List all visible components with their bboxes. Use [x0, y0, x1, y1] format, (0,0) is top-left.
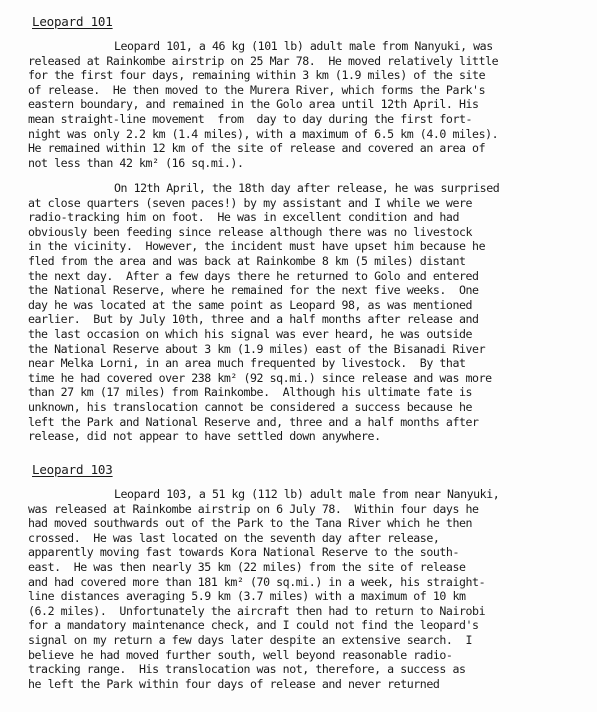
text-line: believe he had moved further south, well…	[28, 648, 588, 663]
text-line: the National Reserve about 3 km (1.9 mil…	[28, 342, 588, 357]
text-line: night was only 2.2 km (1.4 miles), with …	[28, 127, 588, 142]
text-line: the next day. After a few days there he …	[28, 269, 588, 284]
text-line: left the Park and National Reserve and, …	[28, 415, 588, 430]
text-line: and had covered more than 181 km² (70 sq…	[28, 575, 588, 590]
text-line: the National Reserve, where he remained …	[28, 283, 588, 298]
text-line: not less than 42 km² (16 sq.mi.).	[28, 156, 588, 171]
text-line: time he had covered over 238 km² (92 sq.…	[28, 371, 588, 386]
paragraph-leopard-103: Leopard 103, a 51 kg (112 lb) adult male…	[28, 487, 588, 691]
text-line: had moved southwards out of the Park to …	[28, 516, 588, 531]
text-line: Leopard 101, a 46 kg (101 lb) adult male…	[28, 39, 588, 54]
text-line: (6.2 miles). Unfortunately the aircraft …	[28, 604, 588, 619]
text-line: the last occasion on which his signal wa…	[28, 327, 588, 342]
text-line: he left the Park within four days of rel…	[28, 677, 588, 692]
text-line: than 27 km (17 miles) from Rainkombe. Al…	[28, 385, 588, 400]
text-line: for a mandatory maintenance check, and I…	[28, 618, 588, 633]
text-line: release, did not appear to have settled …	[28, 429, 588, 444]
text-line: eastern boundary, and remained in the Go…	[28, 97, 588, 112]
text-line: crossed. He was last located on the seve…	[28, 531, 588, 546]
document-page: Leopard 101 Leopard 101, a 46 kg (101 lb…	[0, 0, 597, 712]
text-line: On 12th April, the 18th day after releas…	[28, 181, 588, 196]
text-line: line distances averaging 5.9 km (3.7 mil…	[28, 589, 588, 604]
paragraph-leopard-101-release: Leopard 101, a 46 kg (101 lb) adult male…	[28, 39, 588, 170]
paragraph-leopard-101-movements: On 12th April, the 18th day after releas…	[28, 181, 588, 444]
text-line: signal on my return a few days later des…	[28, 633, 588, 648]
text-line: day he was located at the same point as …	[28, 298, 588, 313]
section-heading-leopard-103: Leopard 103	[32, 462, 113, 477]
text-line: Leopard 103, a 51 kg (112 lb) adult male…	[28, 487, 588, 502]
text-line: was released at Rainkombe airstrip on 6 …	[28, 502, 588, 517]
text-line: fled from the area and was back at Raink…	[28, 254, 588, 269]
text-line: for the first four days, remaining withi…	[28, 68, 588, 83]
text-line: of release. He then moved to the Murera …	[28, 83, 588, 98]
text-line: east. He was then nearly 35 km (22 miles…	[28, 560, 588, 575]
text-line: mean straight-line movement from day to …	[28, 112, 588, 127]
text-line: near Melka Lorni, in an area much freque…	[28, 356, 588, 371]
text-line: unknown, his translocation cannot be con…	[28, 400, 588, 415]
text-line: at close quarters (seven paces!) by my a…	[28, 196, 588, 211]
section-heading-leopard-101: Leopard 101	[32, 14, 113, 29]
text-line: apparently moving fast towards Kora Nati…	[28, 545, 588, 560]
text-line: in the vicinity. However, the incident m…	[28, 239, 588, 254]
text-line: tracking range. His translocation was no…	[28, 662, 588, 677]
text-line: He remained within 12 km of the site of …	[28, 141, 588, 156]
text-line: radio-tracking him on foot. He was in ex…	[28, 210, 588, 225]
text-line: obviously been feeding since release alt…	[28, 225, 588, 240]
text-line: released at Rainkombe airstrip on 25 Mar…	[28, 54, 588, 69]
text-line: earlier. But by July 10th, three and a h…	[28, 312, 588, 327]
